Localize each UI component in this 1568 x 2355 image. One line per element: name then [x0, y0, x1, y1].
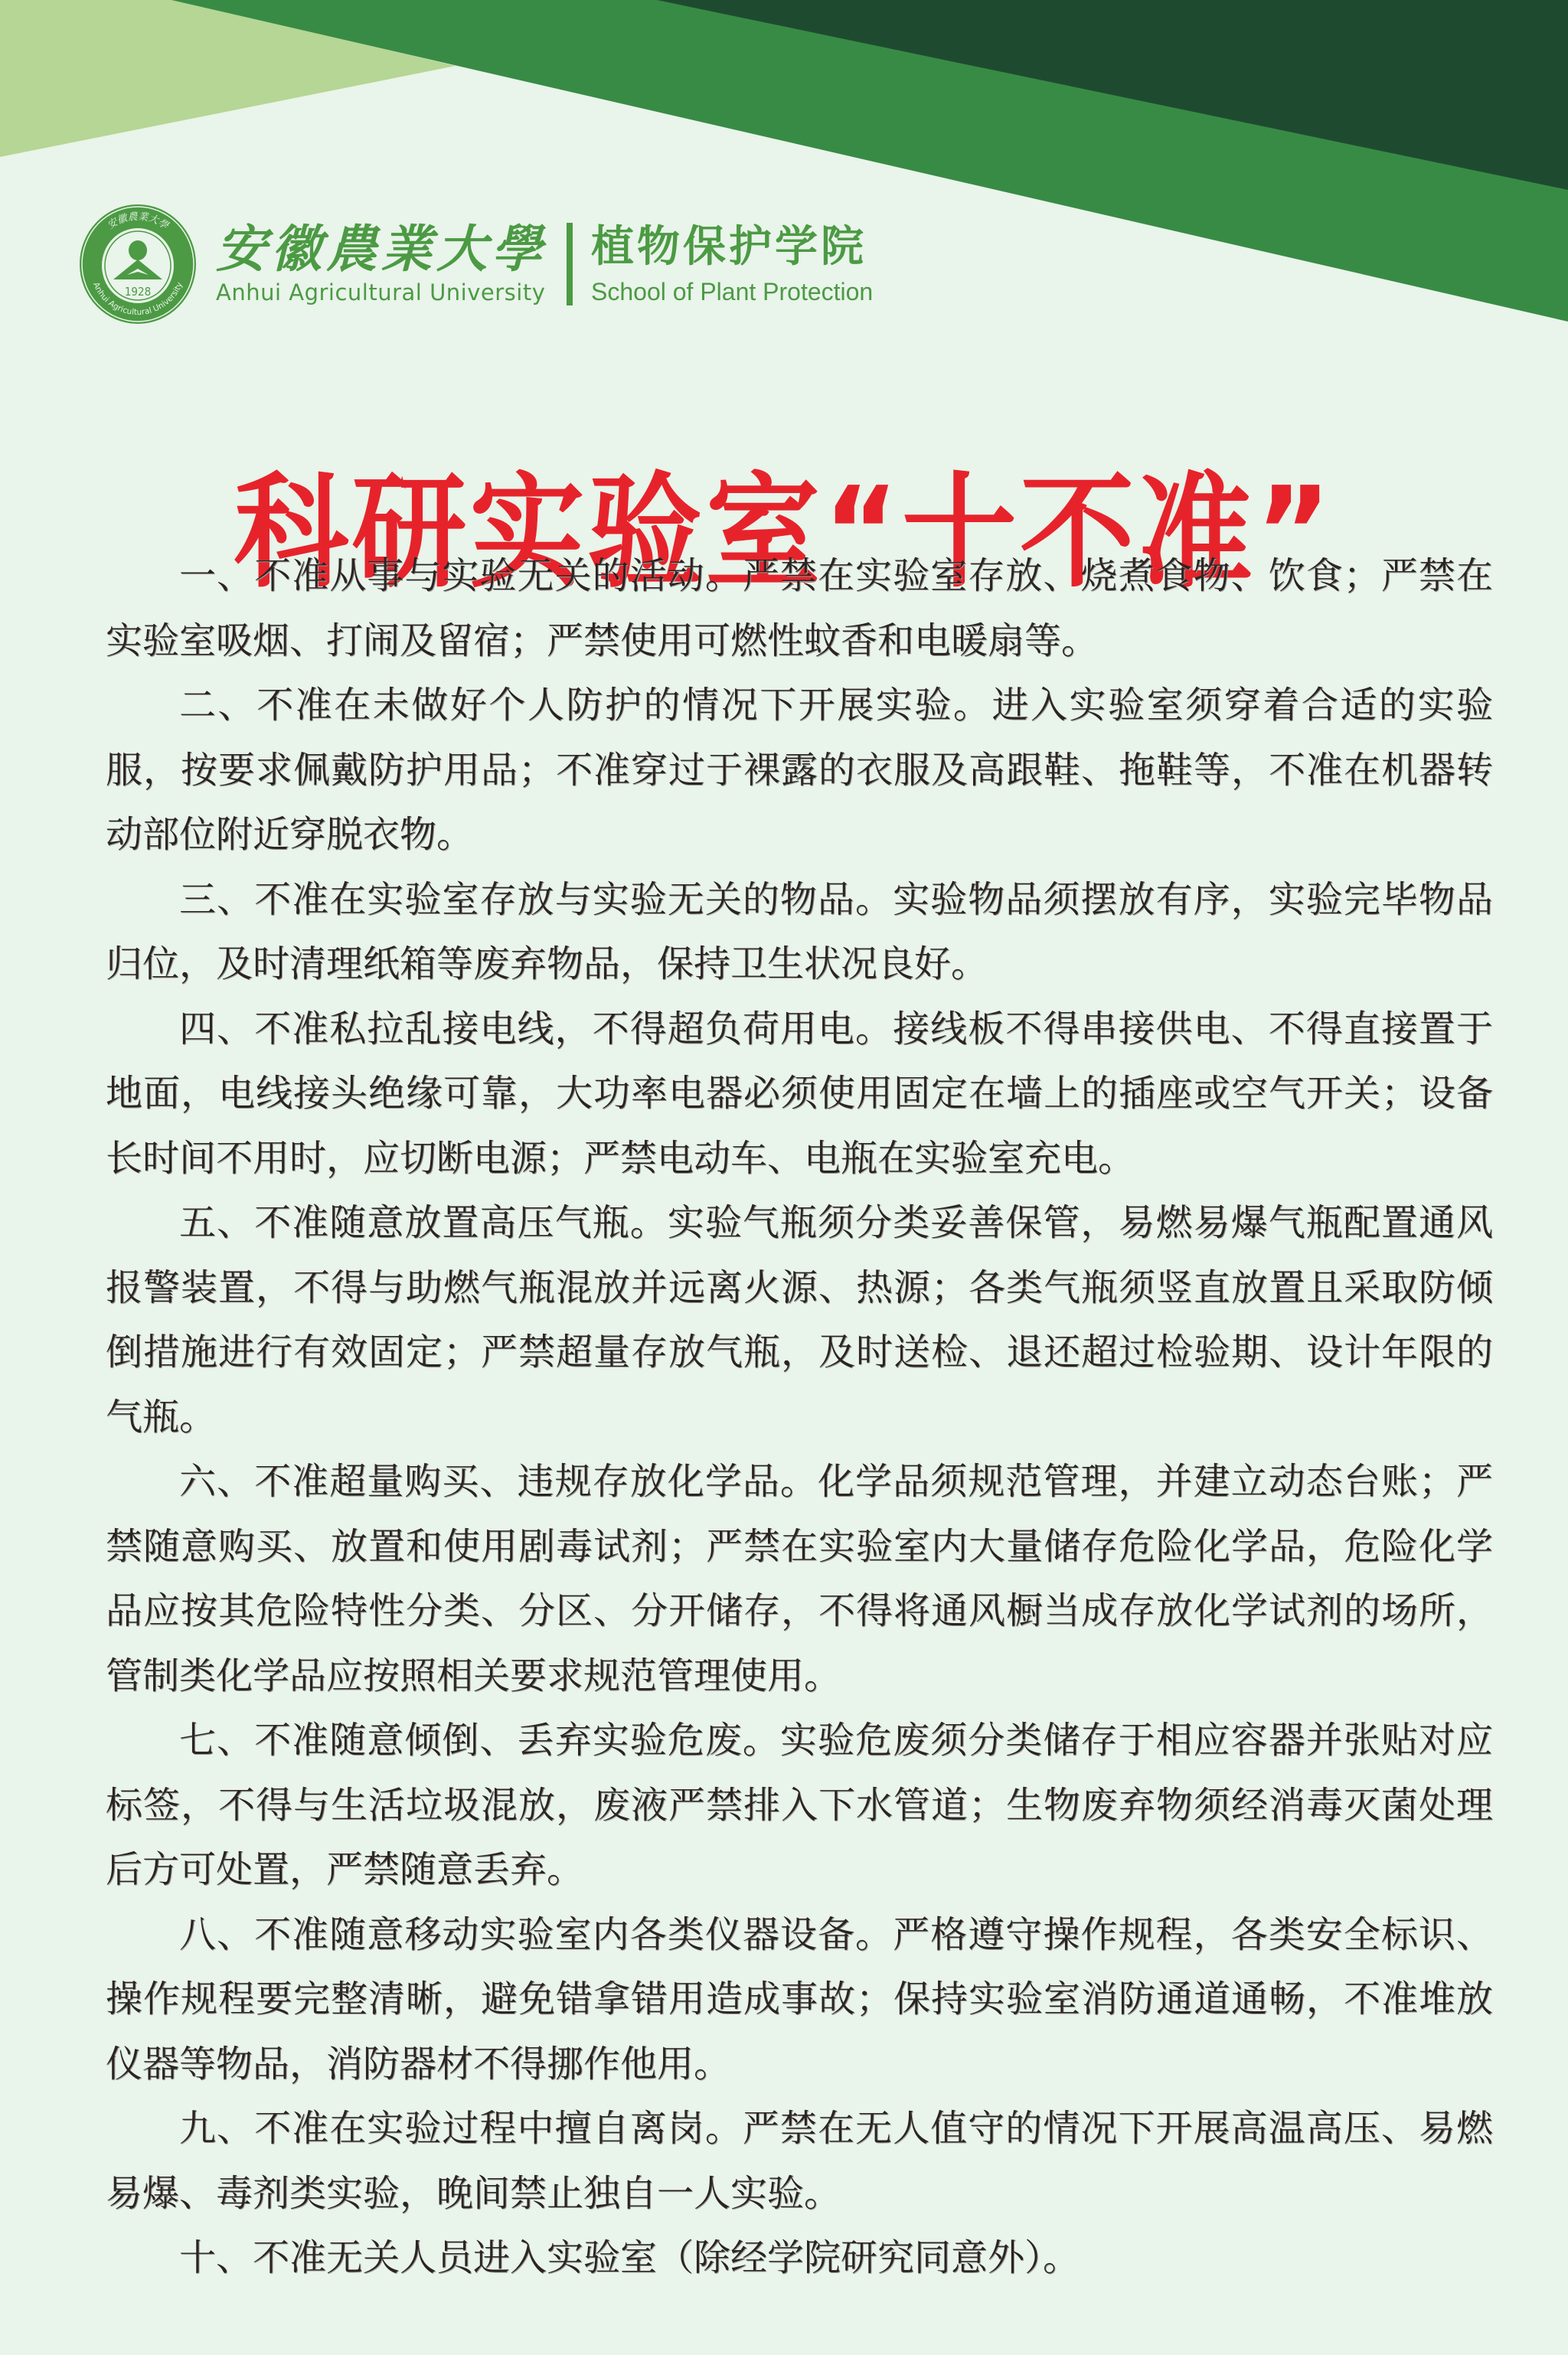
rule-item: 二、不准在未做好个人防护的情况下开展实验。进入实验室须穿着合适的实验服，按要求佩… — [106, 673, 1493, 867]
rule-item: 十、不准无关人员进入实验室（除经学院研究同意外）。 — [106, 2226, 1493, 2291]
school-name-cn: 植物保护学院 — [591, 220, 873, 275]
university-name-cn: 安徽農業大學 — [216, 220, 547, 277]
safety-poster: 安徽農業大學 Anhui Agricultural University 192… — [0, 0, 1568, 2355]
university-seal-icon: 安徽農業大學 Anhui Agricultural University 192… — [77, 203, 199, 325]
school-name-en: School of Plant Protection — [591, 275, 873, 309]
rule-item: 五、不准随意放置高压气瓶。实验气瓶须分类妥善保管，易燃易爆气瓶配置通风报警装置，… — [106, 1191, 1493, 1449]
rules-list: 一、不准从事与实验无关的活动。严禁在实验室存放、烧煮食物、饮食；严禁在实验室吸烟… — [106, 544, 1493, 2291]
seal-year: 1928 — [125, 285, 151, 299]
university-name: 安徽農業大學 Anhui Agricultural University — [216, 220, 547, 308]
header-logo: 安徽農業大學 Anhui Agricultural University 192… — [77, 195, 873, 333]
school-name: 植物保护学院 School of Plant Protection — [591, 220, 873, 309]
rule-item: 八、不准随意移动实验室内各类仪器设备。严格遵守操作规程，各类安全标识、操作规程要… — [106, 1903, 1493, 2097]
rule-item: 三、不准在实验室存放与实验无关的物品。实验物品须摆放有序，实验完毕物品归位，及时… — [106, 867, 1493, 997]
rule-item: 四、不准私拉乱接电线，不得超负荷用电。接线板不得串接供电、不得直接置于地面，电线… — [106, 997, 1493, 1191]
rule-item: 七、不准随意倾倒、丢弃实验危废。实验危废须分类储存于相应容器并张贴对应标签，不得… — [106, 1708, 1493, 1903]
rule-item: 一、不准从事与实验无关的活动。严禁在实验室存放、烧煮食物、饮食；严禁在实验室吸烟… — [106, 544, 1493, 673]
rule-item: 九、不准在实验过程中擅自离岗。严禁在无人值守的情况下开展高温高压、易燃易爆、毒剂… — [106, 2096, 1493, 2226]
rule-item: 六、不准超量购买、违规存放化学品。化学品须规范管理，并建立动态台账；严禁随意购买… — [106, 1449, 1493, 1708]
logo-divider — [567, 223, 573, 305]
university-name-en: Anhui Agricultural University — [216, 277, 547, 308]
